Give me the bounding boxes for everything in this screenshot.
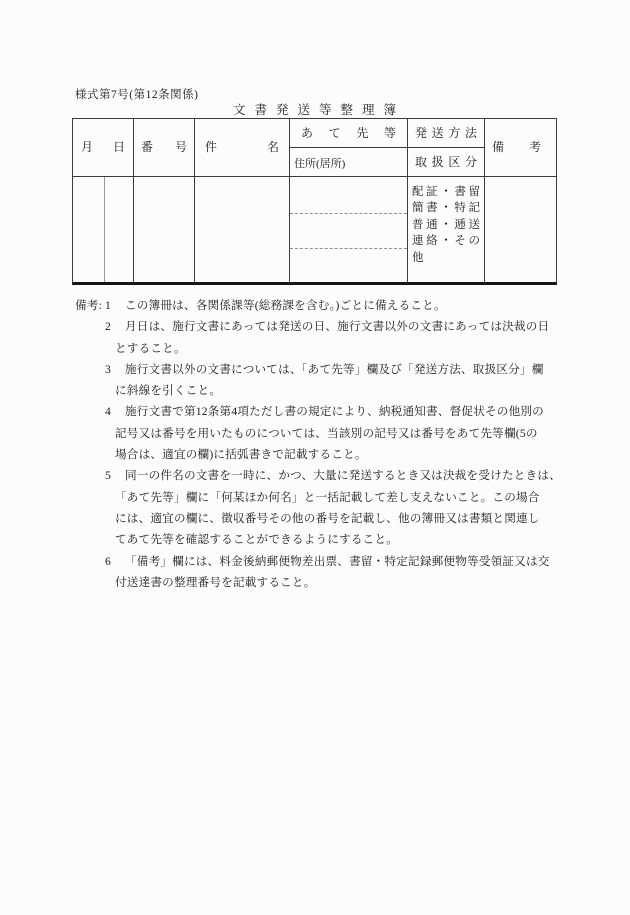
- note-item-1: 備考:1この簿冊は、各関係課等(総務課を含む。)ごとに備えること。: [75, 295, 575, 316]
- note-text: この簿冊は、各関係課等(総務課を含む。)ごとに備えること。: [125, 299, 446, 312]
- handling-option-line: 簡書・特記: [412, 200, 480, 216]
- header-dispatch-column: 発送方法 取扱区分: [408, 119, 485, 176]
- note-text: 「備考」欄には、料金後納郵便物差出票、書留・特定記録郵便物等受領証又は交 付送達…: [115, 555, 550, 589]
- header-remarks: 備考: [485, 119, 556, 176]
- dotted-divider-1: [290, 213, 407, 214]
- note-number: 1: [105, 295, 125, 316]
- document-page: 様式第7号(第12条関係) 文書発送等整理簿 月日 番号 件名 あて先等 住所(…: [0, 0, 630, 915]
- note-item-6: 6「備考」欄には、料金後納郵便物差出票、書留・特定記録郵便物等受領証又は交 付送…: [75, 551, 575, 594]
- header-dispatch-method: 発送方法: [408, 119, 484, 148]
- notes-section: 備考:1この簿冊は、各関係課等(総務課を含む。)ごとに備えること。 2月日は、施…: [75, 295, 575, 593]
- table-body-row: 配証・書留 簡書・特記 普通・逓送 連絡・その他: [73, 177, 556, 282]
- body-handling-cell: 配証・書留 簡書・特記 普通・逓送 連絡・その他: [408, 177, 485, 282]
- note-text: 月日は、施行文書にあっては発送の日、施行文書以外の文書にあっては決裁の日 とする…: [115, 320, 549, 354]
- dispatch-register-table: 月日 番号 件名 あて先等 住所(居所) 氏名(名称) 発送方法 取扱区分 備考: [72, 118, 557, 285]
- body-number-cell: [134, 177, 195, 282]
- body-day-cell: [105, 177, 133, 282]
- note-number: 5: [105, 465, 125, 486]
- note-text: 施行文書で第12条第4項ただし書の規定により、納税通知書、督促状その他別の 記号…: [115, 405, 544, 461]
- header-addressee-column: あて先等 住所(居所) 氏名(名称): [290, 119, 408, 176]
- notes-label: 備考:: [75, 295, 105, 316]
- body-remarks-cell: [485, 177, 556, 282]
- note-number: 4: [105, 401, 125, 422]
- body-month-day-cell: [73, 177, 134, 282]
- note-item-2: 2月日は、施行文書にあっては発送の日、施行文書以外の文書にあっては決裁の日 とす…: [75, 316, 575, 359]
- header-month-day: 月日: [73, 119, 134, 176]
- note-number: 6: [105, 551, 125, 572]
- header-addressee: あて先等: [290, 119, 407, 148]
- note-text: 同一の件名の文書を一時に、かつ、大量に発送するとき又は決裁を受けたときは、 「あ…: [115, 469, 561, 546]
- note-item-4: 4施行文書で第12条第4項ただし書の規定により、納税通知書、督促状その他別の 記…: [75, 401, 575, 465]
- header-subject: 件名: [195, 119, 290, 176]
- handling-option-line: 配証・書留: [412, 184, 480, 200]
- note-number: 2: [105, 316, 125, 337]
- handling-option-line: 普通・逓送: [412, 217, 480, 233]
- note-item-3: 3施行文書以外の文書については、「あて先等」欄及び「発送方法、取扱区分」欄 に斜…: [75, 359, 575, 402]
- table-header-row: 月日 番号 件名 あて先等 住所(居所) 氏名(名称) 発送方法 取扱区分 備考: [73, 119, 556, 177]
- note-item-5: 5同一の件名の文書を一時に、かつ、大量に発送するとき又は決裁を受けたときは、 「…: [75, 465, 575, 550]
- body-subject-cell: [195, 177, 290, 282]
- note-number: 3: [105, 359, 125, 380]
- dotted-divider-2: [290, 248, 407, 249]
- header-number: 番号: [134, 119, 195, 176]
- header-addressee-sublabel: 住所(居所) 氏名(名称): [290, 148, 407, 176]
- body-addressee-cell: [290, 177, 408, 282]
- note-text: 施行文書以外の文書については、「あて先等」欄及び「発送方法、取扱区分」欄 に斜線…: [115, 363, 544, 397]
- handling-option-line: 連絡・その他: [412, 233, 480, 266]
- header-handling-class: 取扱区分: [408, 148, 484, 176]
- document-title: 文書発送等整理簿: [72, 100, 557, 118]
- body-month-cell: [73, 177, 105, 282]
